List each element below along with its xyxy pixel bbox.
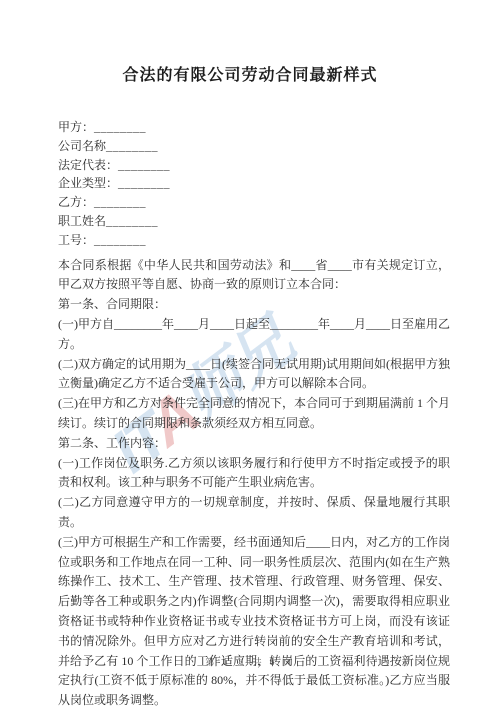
field-row: 甲方：________ <box>58 118 450 137</box>
header-fields: 甲方：________ 公司名称________ 法定代表：________ 企… <box>58 118 450 250</box>
field-row: 职工姓名________ <box>58 212 450 231</box>
field-row: 公司名称________ <box>58 137 450 156</box>
field-blank-line: ________ <box>118 176 170 190</box>
contract-document-page: ITA师兄 合法的有限公司劳动合同最新样式 甲方：________ 公司名称__… <box>0 0 500 706</box>
field-row: 企业类型：________ <box>58 174 450 193</box>
document-title: 合法的有限公司劳动合同最新样式 <box>0 62 500 85</box>
field-row: 工号：________ <box>58 231 450 250</box>
field-blank-line: ________ <box>106 139 158 153</box>
field-blank-line: ________ <box>94 120 146 134</box>
contract-paragraph: (三)在甲方和乙方对条件完全同意的情况下，本合同可于到期届满前 1 个月续订。续… <box>58 394 450 434</box>
field-label: 乙方： <box>58 195 94 209</box>
contract-paragraph: (一)工作岗位及职务.乙方须以该职务履行和行使甲方不时指定或授予的职责和权利。该… <box>58 454 450 494</box>
field-label: 企业类型： <box>58 176 118 190</box>
field-row: 法定代表：________ <box>58 156 450 175</box>
field-blank-line: ________ <box>94 233 146 247</box>
contract-paragraph: 第一条、合同期限： <box>58 295 450 315</box>
contract-paragraph: 本合同系根据《中华人民共和国劳动法》和____省____市有关规定订立，甲乙双方… <box>58 256 450 296</box>
field-row: 乙方：________ <box>58 193 450 212</box>
field-blank-line: ________ <box>118 158 170 172</box>
contract-body: 本合同系根据《中华人民共和国劳动法》和____省____市有关规定订立，甲乙双方… <box>58 256 450 706</box>
field-blank-line: ________ <box>94 195 146 209</box>
contract-paragraph: 第二条、工作内容： <box>58 434 450 454</box>
contract-paragraph: (二)双方确定的试用期为____日(续签合同无试用期)试用期间如(根据甲方独立衡… <box>58 355 450 395</box>
field-label: 公司名称 <box>58 139 106 153</box>
field-label: 工号： <box>58 233 94 247</box>
field-label: 职工姓名 <box>58 214 106 228</box>
contract-paragraph: (二)乙方同意遵守甲方的一切规章制度，并按时、保质、保量地履行其职责。 <box>58 493 450 533</box>
page-indicator: 第 1 页 共 6 页 <box>0 655 500 668</box>
contract-paragraph: (一)甲方自________年____月____日起至________年____… <box>58 315 450 355</box>
field-label: 甲方： <box>58 120 94 134</box>
contract-paragraph: (三)甲方可根据生产和工作需要，经书面通知后____日内，对乙方的工作岗位或职务… <box>58 533 450 706</box>
field-blank-line: ________ <box>106 214 158 228</box>
field-label: 法定代表： <box>58 158 118 172</box>
